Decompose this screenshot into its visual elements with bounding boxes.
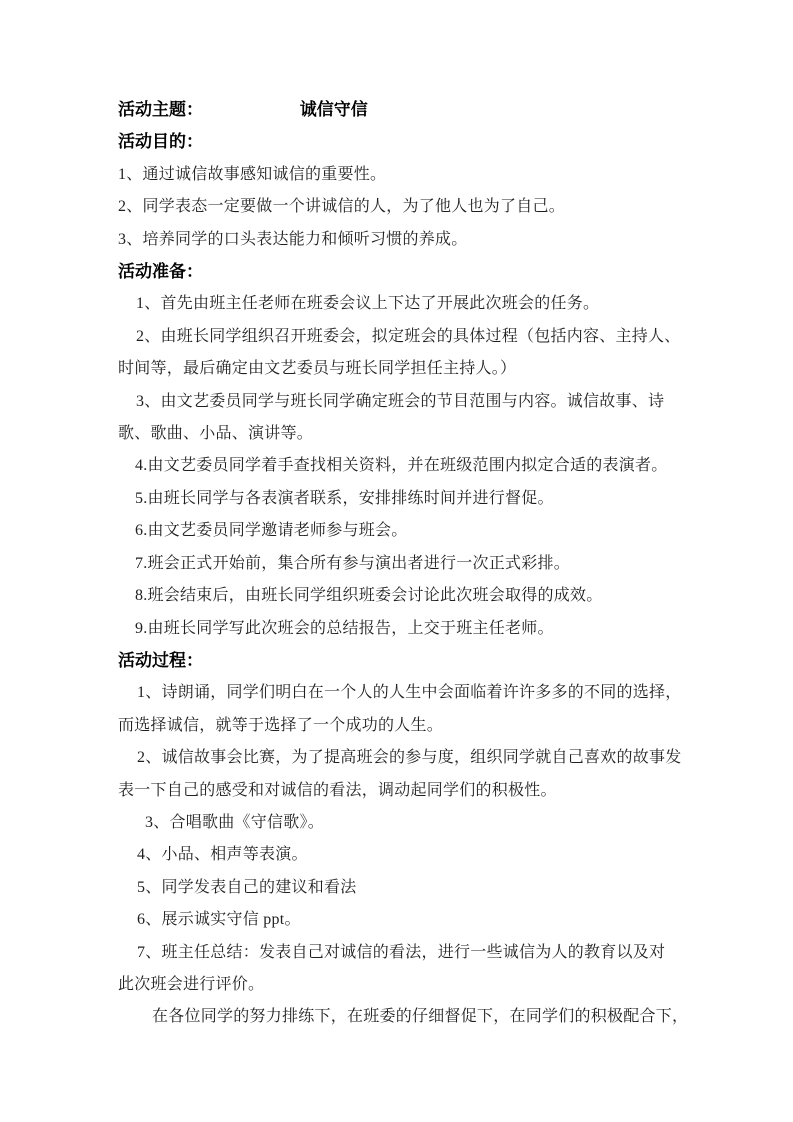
doc-line: 7.班会正式开始前，集合所有参与演出者进行一次正式彩排。 [118, 548, 680, 580]
section-heading-preparation: 活动准备： [118, 256, 680, 288]
doc-line: 而选择诚信，就等于选择了一个成功的人生。 [118, 710, 680, 742]
doc-line: 歌、歌曲、小品、演讲等。 [118, 418, 680, 450]
doc-line: 表一下自己的感受和对诚信的看法，调动起同学们的积极性。 [118, 775, 680, 807]
doc-line: 6、展示诚实守信 ppt。 [118, 904, 680, 936]
doc-line: 4、小品、相声等表演。 [118, 839, 680, 871]
doc-line: 此次班会进行评价。 [118, 969, 680, 1001]
doc-line: 2、由班长同学组织召开班委会，拟定班会的具体过程（包括内容、主持人、 [118, 321, 680, 353]
doc-line: 时间等，最后确定由文艺委员与班长同学担任主持人。） [118, 353, 680, 385]
doc-line: 7、班主任总结：发表自己对诚信的看法，进行一些诚信为人的教育以及对 [118, 937, 680, 969]
doc-line: 5、同学发表自己的建议和看法 [118, 872, 680, 904]
doc-title-label: 活动主题： [118, 100, 203, 119]
doc-line: 1、通过诚信故事感知诚信的重要性。 [118, 159, 680, 191]
document-page: 活动主题： 诚信守信 活动目的： 1、通过诚信故事感知诚信的重要性。 2、同学表… [0, 0, 793, 1122]
doc-line: 1、首先由班主任老师在班委会议上下达了开展此次班会的任务。 [118, 288, 680, 320]
doc-title-line: 活动主题： 诚信守信 [118, 94, 680, 126]
doc-line: 5.由班长同学与各表演者联系，安排排练时间并进行督促。 [118, 483, 680, 515]
doc-line: 6.由文艺委员同学邀请老师参与班会。 [118, 515, 680, 547]
section-heading-process: 活动过程： [118, 645, 680, 677]
doc-line: 2、诚信故事会比赛，为了提高班会的参与度，组织同学就自己喜欢的故事发 [118, 742, 680, 774]
document-content: 活动主题： 诚信守信 活动目的： 1、通过诚信故事感知诚信的重要性。 2、同学表… [118, 94, 680, 1034]
doc-line: 3、合唱歌曲《守信歌》。 [118, 807, 680, 839]
section-heading-goals: 活动目的： [118, 126, 680, 158]
doc-line: 在各位同学的努力排练下，在班委的仔细督促下，在同学们的积极配合下， [118, 1001, 680, 1033]
doc-line: 2、同学表态一定要做一个讲诚信的人，为了他人也为了自己。 [118, 191, 680, 223]
doc-line: 4.由文艺委员同学着手查找相关资料，并在班级范围内拟定合适的表演者。 [118, 450, 680, 482]
doc-line: 9.由班长同学写此次班会的总结报告，上交于班主任老师。 [118, 613, 680, 645]
doc-line: 3、由文艺委员同学与班长同学确定班会的节目范围与内容。诚信故事、诗 [118, 386, 680, 418]
doc-line: 1、诗朗诵，同学们明白在一个人的人生中会面临着许许多多的不同的选择， [118, 677, 680, 709]
doc-title-value: 诚信守信 [300, 100, 368, 119]
doc-line: 3、培养同学的口头表达能力和倾听习惯的养成。 [118, 224, 680, 256]
doc-line: 8.班会结束后，由班长同学组织班委会讨论此次班会取得的成效。 [118, 580, 680, 612]
